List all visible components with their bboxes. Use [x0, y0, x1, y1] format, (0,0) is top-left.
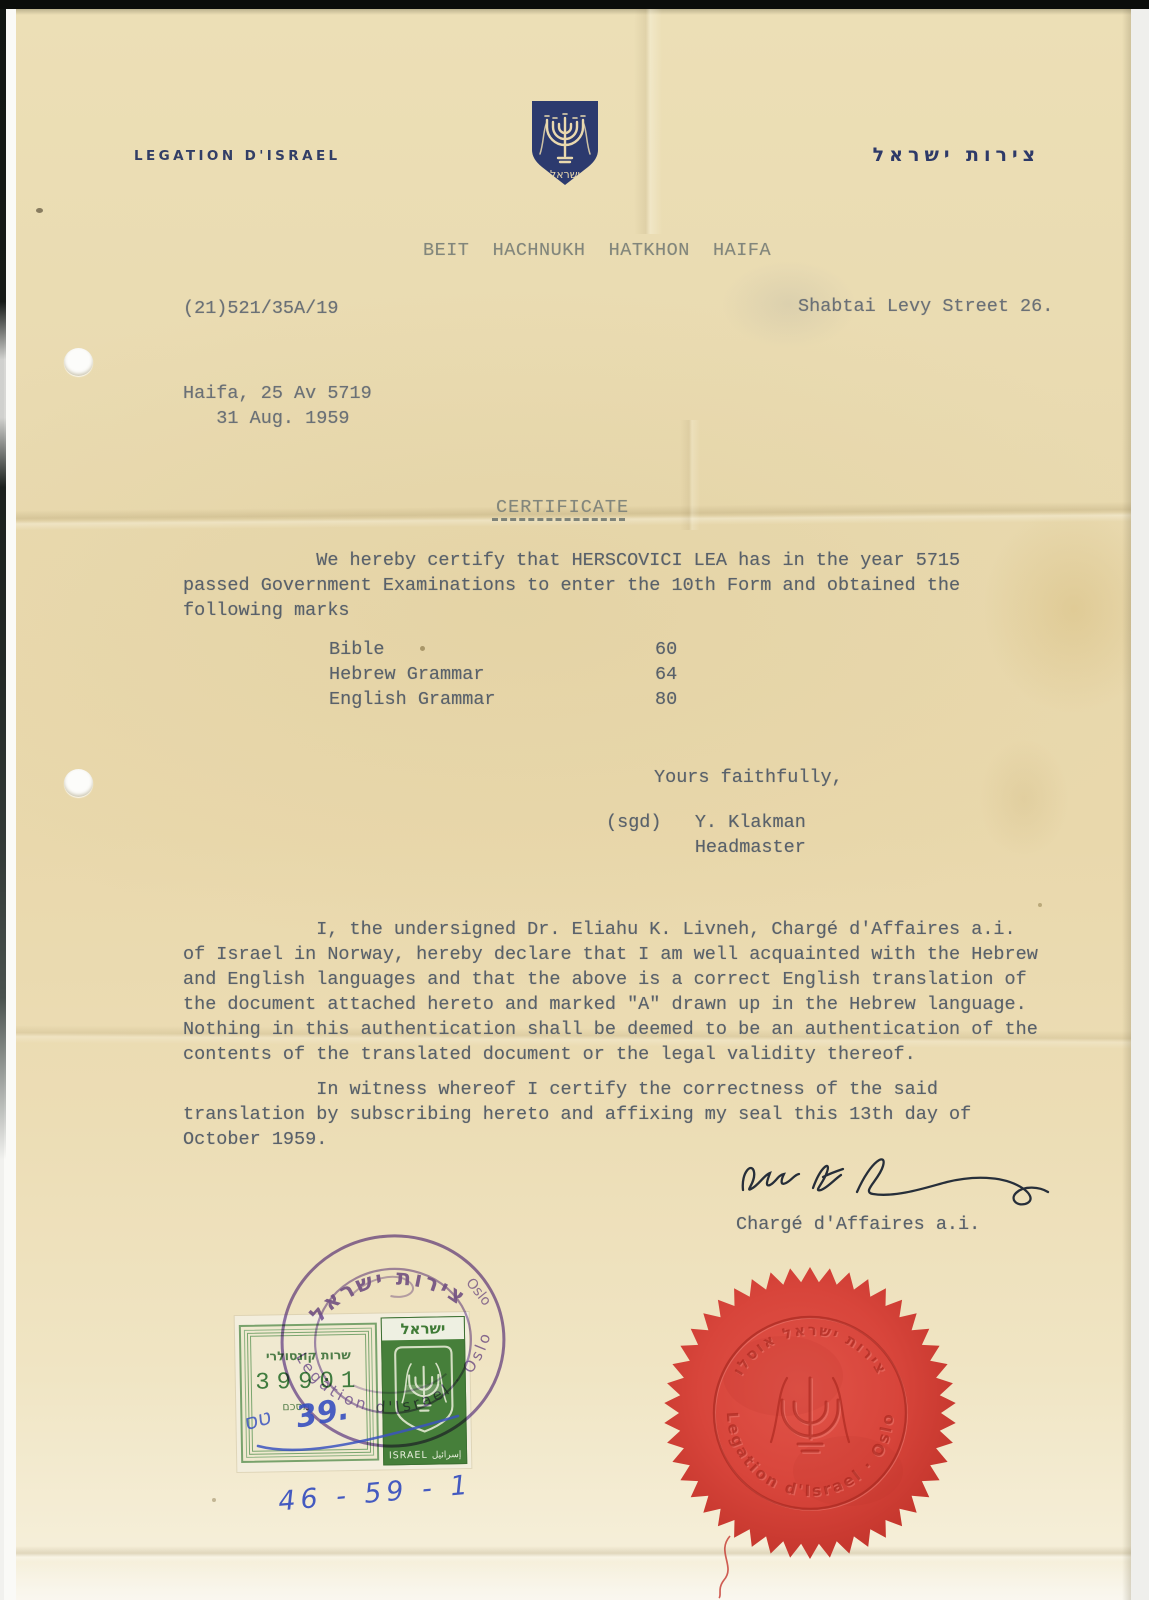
declaration-paragraph: I, the undersigned Dr. Eliahu K. Livneh,… [183, 917, 1038, 1067]
scanner-right-strip [1131, 0, 1149, 1600]
signed-by: (sgd) Y. Klakman Headmaster [606, 810, 806, 860]
handwritten-underline-stroke [252, 1402, 467, 1460]
svg-text:צירות ישראל: צירות ישראל [301, 1257, 473, 1330]
mark-score: 64 [655, 662, 677, 687]
school-name: BEIT HACHNUKH HATKHON HAIFA [423, 238, 771, 263]
purple-stamp-hebrew-arc: צירות ישראל [301, 1257, 473, 1330]
vertical-crease-mid [680, 420, 700, 530]
seal-thread [704, 1534, 748, 1600]
reference-number: (21)521/35A/19 [183, 296, 338, 321]
mark-score: 80 [655, 687, 677, 712]
ink-speck [212, 1498, 216, 1502]
mark-subject: English Grammar [329, 687, 655, 712]
certificate-title-underline [492, 518, 625, 521]
mark-row: Bible 60 [329, 637, 677, 662]
mark-row: Hebrew Grammar 64 [329, 662, 677, 687]
ink-speck [1038, 903, 1042, 907]
mark-subject: Bible [329, 637, 655, 662]
svg-text:ישראל: ישראל [550, 168, 580, 181]
scanner-left-edge [0, 0, 6, 1160]
bottom-light-band [14, 1560, 1131, 1600]
mark-row: English Grammar 80 [329, 687, 677, 712]
address-line: Shabtai Levy Street 26. [798, 294, 1053, 319]
paper-top-shadow [14, 9, 1131, 15]
certificate-title: CERTIFICATE [496, 495, 629, 520]
vertical-crease-top [634, 9, 662, 234]
scanner-top-edge [0, 0, 1149, 9]
attestation-paragraph: In witness whereof I certify the correct… [183, 1077, 971, 1152]
ink-speck [36, 208, 43, 213]
certificate-intro: We hereby certify that HERSCOVICI LEA ha… [183, 548, 960, 623]
hebrew-legation-label: צירות ישראל [872, 144, 1040, 166]
mark-score: 60 [655, 637, 677, 662]
legation-label: LEGATION D'ISRAEL [134, 148, 341, 164]
scanned-certificate-page: LEGATION D'ISRAEL ישראל צירות ישראל BEIT… [0, 0, 1149, 1600]
valediction: Yours faithfully, [654, 765, 843, 790]
hole-punch-top [64, 348, 93, 376]
signature-scrawl [733, 1146, 1063, 1224]
dateline: Haifa, 25 Av 5719 31 Aug. 1959 [183, 381, 372, 431]
israel-state-emblem-icon: ישראל [519, 96, 611, 192]
marks-table: Bible 60 Hebrew Grammar 64 English Gramm… [329, 637, 677, 712]
hole-punch-bottom [64, 769, 93, 797]
mark-subject: Hebrew Grammar [329, 662, 655, 687]
red-embossed-seal: צירות ישראל אוסלו צירות ישראל אוסלו Lega… [663, 1266, 957, 1560]
